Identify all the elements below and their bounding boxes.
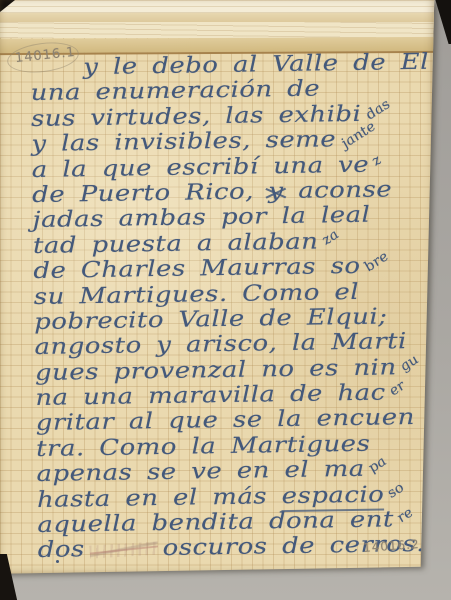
torn-binding-strip: [0, 13, 436, 22]
manuscript-text: hasta en el más: [37, 484, 282, 513]
ink-dot: [56, 560, 59, 563]
margin-squeezed-word: z: [369, 153, 385, 168]
manuscript-text: dos: [38, 538, 85, 564]
margin-squeezed-word: so: [385, 481, 408, 500]
margin-squeezed-word: er: [386, 379, 408, 398]
margin-squeezed-word: das: [363, 98, 394, 122]
manuscript: y le debo al Valle de Elquiuna enumeraci…: [30, 50, 436, 564]
margin-squeezed-word: za: [319, 228, 342, 247]
notebook-page-wrapper: 14016.1 y le debo al Valle de Elquiuna e…: [0, 0, 436, 576]
crossed-out-word: y: [268, 179, 284, 205]
notebook-page: 14016.1 y le debo al Valle de Elquiuna e…: [0, 0, 436, 576]
tape-strip: [0, 22, 436, 38]
torn-binding-strip: [0, 0, 436, 13]
manuscript-text: aconse: [283, 177, 392, 204]
margin-squeezed-word: re: [394, 506, 416, 525]
pencil-scribble-crossed-out: [89, 542, 158, 559]
margin-squeezed-word: gu: [397, 353, 422, 373]
manuscript-text: de Puerto Rico,: [32, 179, 269, 208]
scanned-document: 14016.1 y le debo al Valle de Elquiuna e…: [0, 0, 451, 600]
margin-squeezed-word: pa: [366, 455, 390, 475]
margin-squeezed-word: bre: [362, 250, 392, 274]
